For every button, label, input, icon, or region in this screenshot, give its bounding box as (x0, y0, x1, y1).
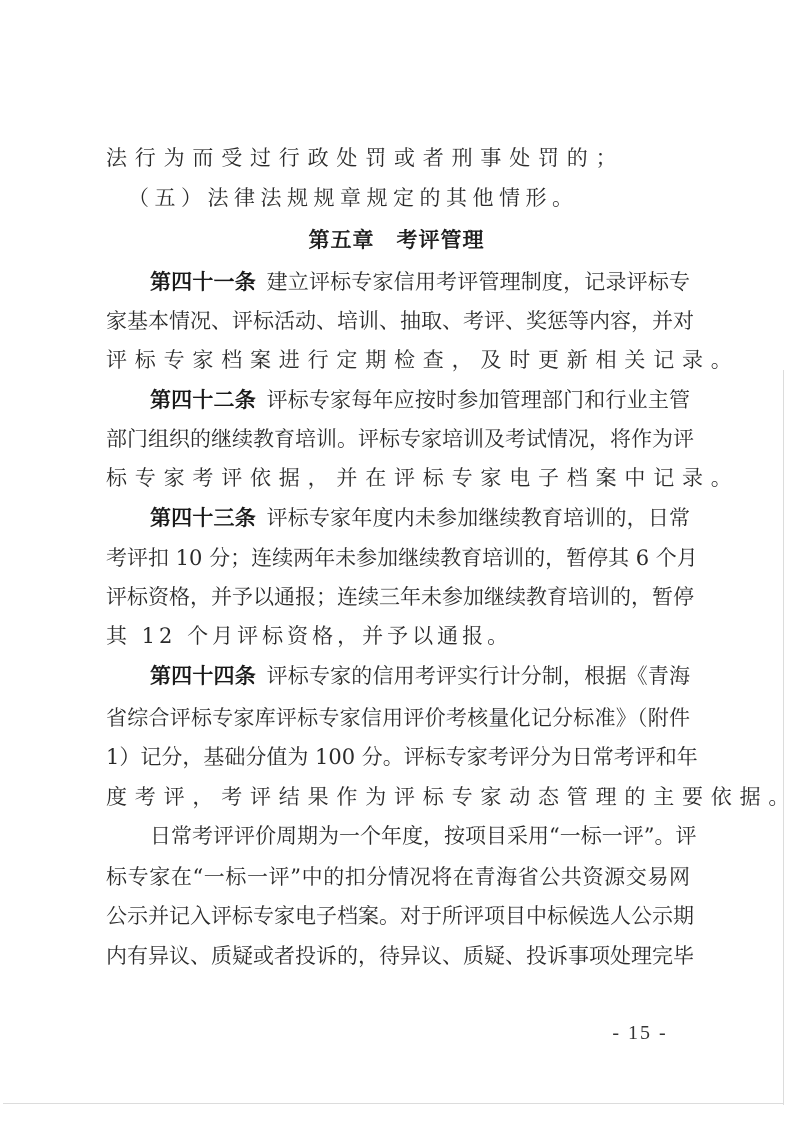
article-42-text: 评标专家每年应按时参加管理部门和行业主管 (266, 388, 690, 412)
article-44-line: 度考评，考评结果作为评标专家动态管理的主要依据。 (106, 782, 690, 812)
article-42-number: 第四十二条 (150, 388, 256, 412)
page-number: - 15 - (600, 1022, 680, 1045)
article-43-line: 其 12 个月评标资格，并予以通报。 (106, 621, 690, 651)
chapter-number: 第五章 (309, 228, 375, 252)
article-42-first-line: 第四十二条 评标专家每年应按时参加管理部门和行业主管 (150, 385, 690, 415)
daily-eval-first-line: 日常考评评价周期为一个年度，按项目采用“一标一评”。评 (150, 821, 690, 851)
daily-eval-line: 标专家在“一标一评”中的扣分情况将在青海省公共资源交易网 (106, 862, 690, 892)
article-44-line: 省综合评标专家库评标专家信用评价考核量化记分标准》（附件 (106, 703, 690, 733)
article-43-line: 评标资格，并予以通报；连续三年未参加继续教育培训的，暂停 (106, 582, 690, 612)
article-43-number: 第四十三条 (150, 506, 256, 530)
page-edge-right (783, 370, 784, 1105)
article-43-first-line: 第四十三条 评标专家年度内未参加继续教育培训的，日常 (150, 503, 690, 533)
daily-eval-line: 公示并记入评标专家电子档案。对于所评项目中标候选人公示期 (106, 901, 690, 931)
article-41-number: 第四十一条 (150, 270, 256, 294)
article-44-first-line: 第四十四条 评标专家的信用考评实行计分制，根据《青海 (150, 661, 690, 691)
article-42-line: 部门组织的继续教育培训。评标专家培训及考试情况，将作为评 (106, 424, 690, 454)
article-41-first-line: 第四十一条 建立评标专家信用考评管理制度，记录评标专 (150, 267, 690, 297)
article-41-text: 建立评标专家信用考评管理制度，记录评标专 (266, 270, 690, 294)
article-43-line: 考评扣 10 分；连续两年未参加继续教育培训的，暂停其 6 个月 (106, 543, 690, 573)
continuation-line: 法行为而受过行政处罚或者刑事处罚的； (106, 143, 690, 173)
article-41-line: 家基本情况、评标活动、培训、抽取、考评、奖惩等内容，并对 (106, 306, 690, 336)
chapter-title: 考评管理 (397, 228, 485, 252)
article-43-text: 评标专家年度内未参加继续教育培训的，日常 (266, 506, 690, 530)
article-44-number: 第四十四条 (150, 664, 256, 688)
chapter-heading: 第五章考评管理 (0, 225, 793, 255)
article-42-line: 标专家考评依据，并在评标专家电子档案中记录。 (106, 463, 690, 493)
list-item-5: （五）法律法规规章规定的其他情形。 (128, 183, 712, 213)
page-edge-bottom (3, 1103, 784, 1104)
article-44-text: 评标专家的信用考评实行计分制，根据《青海 (266, 664, 690, 688)
daily-eval-line: 内有异议、质疑或者投诉的，待异议、质疑、投诉事项处理完毕 (106, 941, 690, 971)
article-41-line: 评标专家档案进行定期检查，及时更新相关记录。 (106, 345, 690, 375)
article-44-line: 1）记分，基础分值为 100 分。评标专家考评分为日常考评和年 (106, 742, 690, 772)
document-page: 法行为而受过行政处罚或者刑事处罚的； （五）法律法规规章规定的其他情形。 第五章… (0, 0, 793, 1121)
